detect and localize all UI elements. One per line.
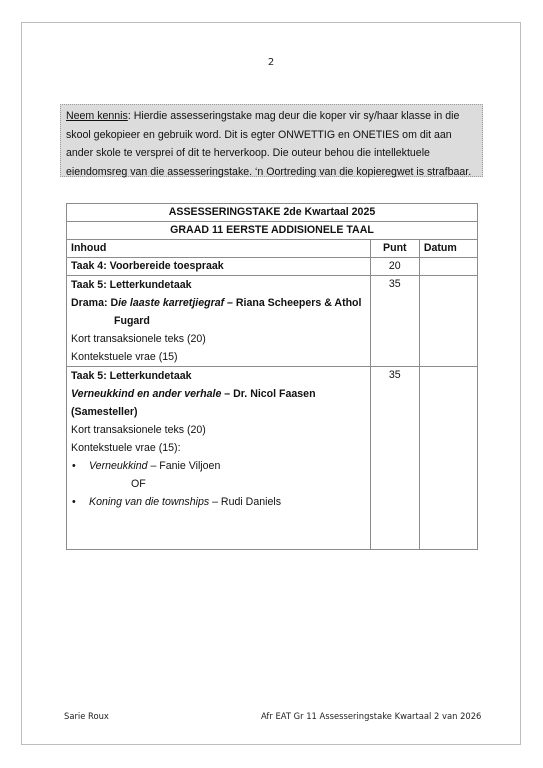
bullet-icon: • [72,493,76,511]
drama-title-initial: D [110,297,118,309]
or-label: OF [71,475,366,493]
table-row: Taak 5: Letterkundetaak Verneukkind en a… [67,367,478,550]
drama-item-1: Kort transaksionele teks (20) [71,330,366,348]
notice-label: Neem kennis [66,110,128,122]
task-4-datum [419,258,477,276]
drama-item-2: Kontekstuele vrae (15) [71,348,366,366]
task-5-drama-datum [419,276,477,367]
option-1: •Verneukkind – Fanie Viljoen [71,457,366,475]
header-inhoud: Inhoud [67,240,371,258]
task-5-stories-datum [419,367,477,550]
stories-item-1: Kort transaksionele teks (20) [71,421,366,439]
stories-item-2: Kontekstuele vrae (15): [71,439,366,457]
book-author-cont: (Samesteller) [71,403,366,421]
table-title: ASSESSERINGSTAKE 2de Kwartaal 2025 [67,204,478,222]
table-row: Taak 5: Letterkundetaak Drama: Die laast… [67,276,478,367]
table-row: Taak 4: Voorbereide toespraak 20 [67,258,478,276]
book-title: Verneukkind en ander verhale [71,388,221,400]
header-punt: Punt [370,240,419,258]
book-line: Verneukkind en ander verhale – Dr. Nicol… [71,385,366,403]
page-number: 2 [22,57,520,68]
table-subtitle: GRAAD 11 EERSTE ADDISIONELE TAAL [67,222,478,240]
book-author: – Dr. Nicol Faasen [221,388,315,400]
footer-author: Sarie Roux [64,711,109,721]
drama-authors-cont: Fugard [71,312,366,330]
option-1-author: – Fanie Viljoen [148,460,221,472]
assessment-table: ASSESSERINGSTAKE 2de Kwartaal 2025 GRAAD… [66,203,478,550]
table-subtitle-row: GRAAD 11 EERSTE ADDISIONELE TAAL [67,222,478,240]
option-2-title: Koning van die townships [89,496,209,508]
drama-title: ie laaste karretjiegraf [118,297,224,309]
option-1-title: Verneukkind [89,460,148,472]
task-5-stories-label: Taak 5: Letterkundetaak [71,367,366,385]
task-4-punt: 20 [370,258,419,276]
drama-line: Drama: Die laaste karretjiegraf – Riana … [71,294,366,312]
task-5-drama-cell: Taak 5: Letterkundetaak Drama: Die laast… [67,276,371,367]
header-datum: Datum [419,240,477,258]
table-title-row: ASSESSERINGSTAKE 2de Kwartaal 2025 [67,204,478,222]
bullet-icon: • [72,457,76,475]
copyright-notice: Neem kennis: Hierdie assesseringstake ma… [60,104,483,177]
table-header-row: Inhoud Punt Datum [67,240,478,258]
footer-document-title: Afr EAT Gr 11 Assesseringstake Kwartaal … [261,711,481,721]
task-4-label: Taak 4: Voorbereide toespraak [67,258,371,276]
option-2: •Koning van die townships – Rudi Daniels [71,493,366,511]
drama-prefix: Drama: [71,297,110,309]
option-2-author: – Rudi Daniels [209,496,281,508]
task-5-drama-label: Taak 5: Letterkundetaak [71,276,366,294]
task-5-stories-punt: 35 [370,367,419,550]
task-5-stories-cell: Taak 5: Letterkundetaak Verneukkind en a… [67,367,371,550]
task-5-drama-punt: 35 [370,276,419,367]
drama-authors: – Riana Scheepers & Athol [224,297,361,309]
